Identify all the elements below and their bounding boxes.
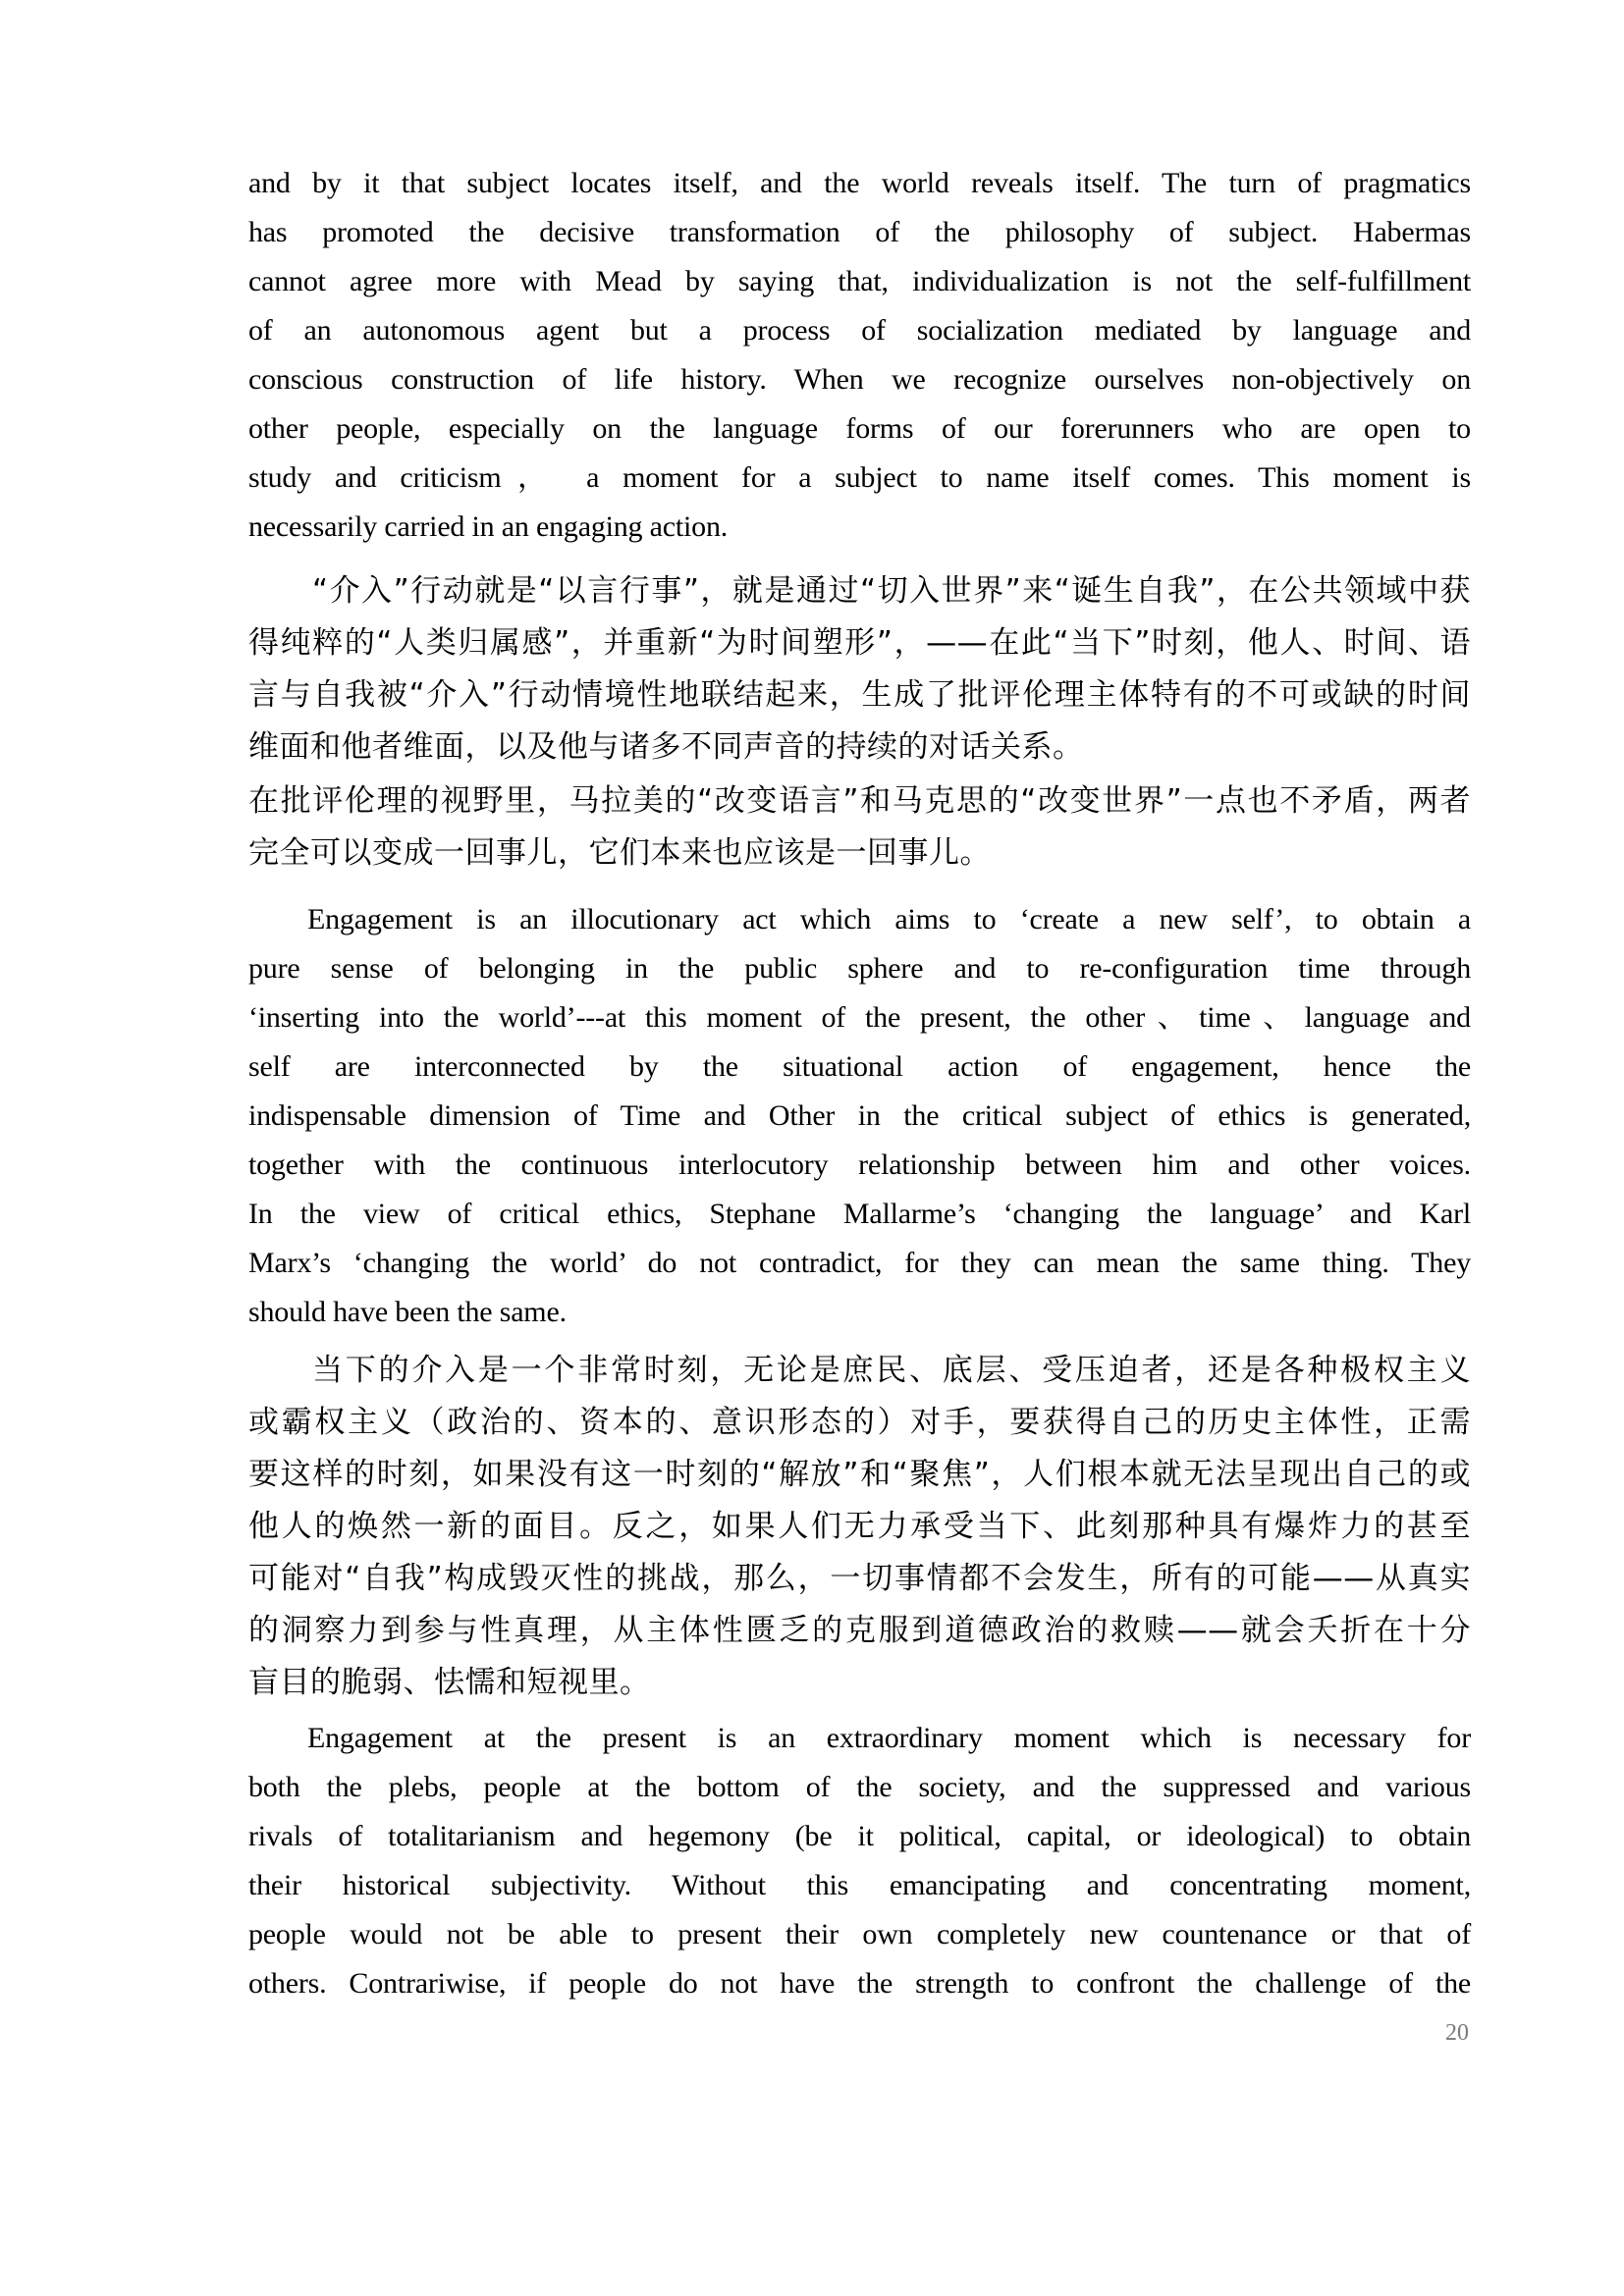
text-line: In the view of critical ethics, Stephane… (248, 1190, 1471, 1239)
text-line: other people, especially on the language… (248, 404, 1471, 454)
text-line: people would not be able to present thei… (248, 1910, 1471, 1959)
text-line: both the plebs, people at the bottom of … (248, 1763, 1471, 1812)
text-line: Engagement is an illocutionary act which… (248, 895, 1471, 944)
text-line: 言与自我被“介入”行动情境性地联结起来，生成了批评伦理主体特有的不可或缺的时间 (248, 669, 1471, 721)
paragraph-english-3: Engagement at the present is an extraord… (248, 1714, 1471, 2008)
text-line: 可能对“自我”构成毁灭性的挑战，那么，一切事情都不会发生，所有的可能——从真实 (248, 1553, 1471, 1605)
text-line: self are interconnected by the situation… (248, 1042, 1471, 1092)
text-line: others. Contrariwise, if people do not h… (248, 1959, 1471, 2008)
text-line: pure sense of belonging in the public sp… (248, 944, 1471, 993)
page-number: 20 (1445, 2020, 1469, 2047)
text-line: necessarily carried in an engaging actio… (248, 503, 1471, 552)
text-line: 当下的介入是一个非常时刻，无论是庶民、底层、受压迫者，还是各种极权主义 (248, 1345, 1471, 1397)
text-line: ‘inserting into the world’---at this mom… (248, 993, 1471, 1042)
text-line: together with the continuous interlocuto… (248, 1141, 1471, 1190)
paragraph-english-2: Engagement is an illocutionary act which… (248, 895, 1471, 1337)
document-page: and by it that subject locates itself, a… (0, 0, 1624, 2296)
text-line: and by it that subject locates itself, a… (248, 159, 1471, 208)
text-line: should have been the same. (248, 1288, 1471, 1337)
text-line: has promoted the decisive transformation… (248, 208, 1471, 257)
text-line: 的洞察力到参与性真理，从主体性匮乏的克服到道德政治的救赎——就会夭折在十分 (248, 1605, 1471, 1657)
text-line: rivals of totalitarianism and hegemony (… (248, 1812, 1471, 1861)
text-line: Engagement at the present is an extraord… (248, 1714, 1471, 1763)
text-line: 盲目的脆弱、怯懦和短视里。 (248, 1657, 1471, 1709)
text-line: 得纯粹的“人类归属感”，并重新“为时间塑形”，——在此“当下”时刻，他人、时间、… (248, 617, 1471, 669)
paragraph-chinese-1: “介入”行动就是“以言行事”，就是通过“切入世界”来“诞生自我”，在公共领域中获… (248, 565, 1471, 774)
text-line: of an autonomous agent but a process of … (248, 306, 1471, 355)
text-line: indispensable dimension of Time and Othe… (248, 1092, 1471, 1141)
text-line: study and criticism， a moment for a subj… (248, 454, 1471, 503)
text-line: cannot agree more with Mead by saying th… (248, 257, 1471, 306)
text-line: 维面和他者维面，以及他与诸多不同声音的持续的对话关系。 (248, 721, 1471, 774)
paragraph-chinese-3: 当下的介入是一个非常时刻，无论是庶民、底层、受压迫者，还是各种极权主义 或霸权主… (248, 1345, 1471, 1709)
text-line: Marx’s ‘changing the world’ do not contr… (248, 1239, 1471, 1288)
text-line: 或霸权主义（政治的、资本的、意识形态的）对手，要获得自己的历史主体性，正需 (248, 1397, 1471, 1449)
text-line: 完全可以变成一回事儿，它们本来也应该是一回事儿。 (248, 828, 1471, 880)
text-line: their historical subjectivity. Without t… (248, 1861, 1471, 1910)
text-line: 要这样的时刻，如果没有这一时刻的“解放”和“聚焦”，人们根本就无法呈现出自己的或 (248, 1449, 1471, 1501)
paragraph-english-1: and by it that subject locates itself, a… (248, 159, 1471, 552)
text-line: “介入”行动就是“以言行事”，就是通过“切入世界”来“诞生自我”，在公共领域中获 (248, 565, 1471, 617)
text-line: 在批评伦理的视野里，马拉美的“改变语言”和马克思的“改变世界”一点也不矛盾，两者 (248, 775, 1471, 828)
text-line: 他人的焕然一新的面目。反之，如果人们无力承受当下、此刻那种具有爆炸力的甚至 (248, 1501, 1471, 1553)
text-line: conscious construction of life history. … (248, 355, 1471, 404)
paragraph-chinese-2: 在批评伦理的视野里，马拉美的“改变语言”和马克思的“改变世界”一点也不矛盾，两者… (248, 775, 1471, 880)
